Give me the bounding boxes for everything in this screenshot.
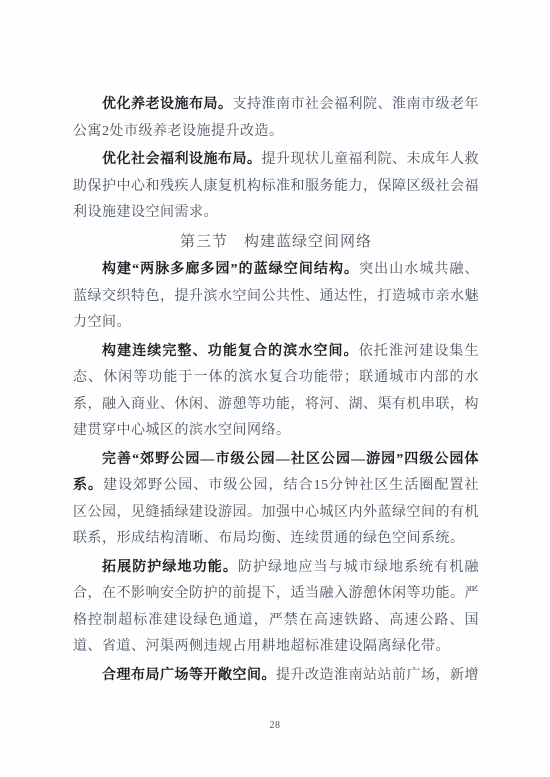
paragraph-elderly-facilities: 优化养老设施布局。支持淮南市社会福利院、淮南市级老年公寓2处市级养老设施提升改造… — [73, 92, 479, 145]
paragraph-lead: 构建连续完整、功能复合的滨水空间。 — [102, 344, 359, 359]
paragraph-protective-greenbelt: 拓展防护绿地功能。防护绿地应当与城市绿地系统有机融合，在不影响安全防护的前提下，… — [73, 555, 479, 661]
paragraph-social-welfare-facilities: 优化社会福利设施布局。提升现状儿童福利院、未成年人救助保护中心和残疾人康复机构标… — [73, 147, 479, 227]
paragraph-text: 建设郊野公园、市级公园，结合15分钟社区生活圈配置社区公园，见缝插绿建设游园。加… — [73, 478, 479, 546]
page-number: 28 — [0, 720, 550, 731]
paragraph-blue-green-structure: 构建“两脉多廊多园”的蓝绿空间结构。突出山水城共融、蓝绿交织特色，提升滨水空间公… — [73, 257, 479, 337]
paragraph-lead: 优化社会福利设施布局。 — [102, 152, 262, 167]
paragraph-lead: 构建“两脉多廊多园”的蓝绿空间结构。 — [102, 262, 359, 277]
paragraph-waterfront-space: 构建连续完整、功能复合的滨水空间。依托淮河建设集生态、休闲等功能于一体的滨水复合… — [73, 339, 479, 445]
paragraph-lead: 拓展防护绿地功能。 — [102, 560, 238, 575]
page-content: 优化养老设施布局。支持淮南市社会福利院、淮南市级老年公寓2处市级养老设施提升改造… — [73, 92, 479, 691]
paragraph-text: 提升改造淮南站站前广场，新增 — [276, 668, 479, 683]
document-page: 优化养老设施布局。支持淮南市社会福利院、淮南市级老年公寓2处市级养老设施提升改造… — [0, 0, 550, 777]
paragraph-lead: 合理布局广场等开敞空间。 — [102, 668, 276, 683]
section-heading: 第三节 构建蓝绿空间网络 — [73, 229, 479, 256]
paragraph-park-system: 完善“郊野公园—市级公园—社区公园—游园”四级公园体系。建设郊野公园、市级公园，… — [73, 447, 479, 553]
paragraph-lead: 优化养老设施布局。 — [102, 97, 233, 112]
paragraph-public-squares: 合理布局广场等开敞空间。提升改造淮南站站前广场，新增 — [73, 663, 479, 690]
